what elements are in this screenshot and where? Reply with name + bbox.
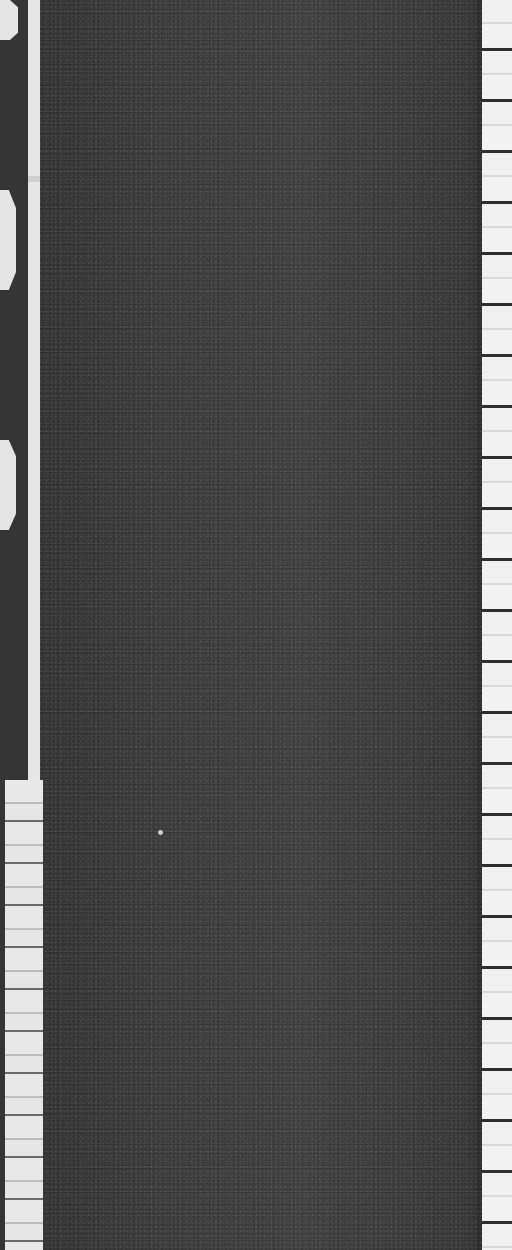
road-debris <box>158 830 163 835</box>
left-crosswalk-stripes <box>5 780 43 1250</box>
right-crosswalk-stripes <box>482 0 512 1250</box>
line-joint <box>28 176 40 182</box>
painted-island <box>0 0 18 40</box>
left-edge-line <box>28 0 40 780</box>
asphalt-surface <box>0 0 512 1250</box>
road-scene <box>0 0 512 1250</box>
painted-island <box>0 440 16 530</box>
painted-island <box>0 190 16 290</box>
